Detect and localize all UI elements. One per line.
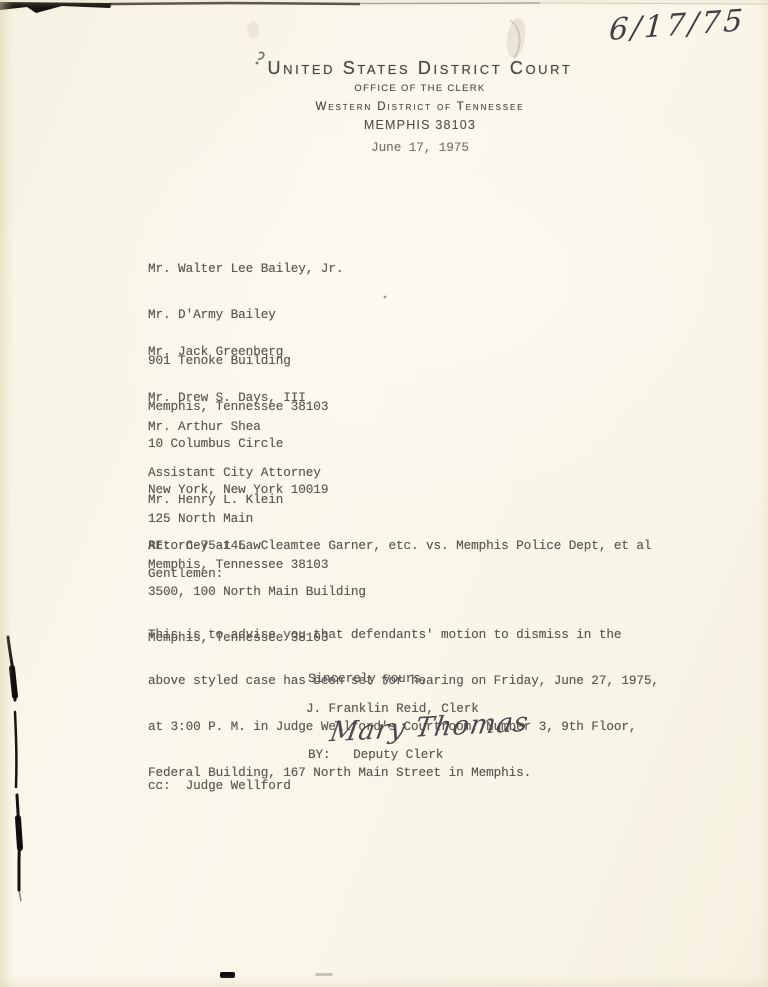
recipient-line: Mr. Jack Greenberg	[148, 344, 328, 359]
recipient-line: Mr. Arthur Shea	[148, 419, 328, 434]
letterhead-district: Western District of Tennessee	[72, 101, 768, 113]
letterhead-office: OFFICE OF THE CLERK	[72, 83, 768, 94]
letterhead-title: United States District Court	[72, 58, 768, 79]
bottom-faint-mark	[315, 973, 333, 976]
letter-date: June 17, 1975	[72, 140, 768, 155]
stray-speck	[384, 296, 387, 299]
left-crack-knot2	[18, 818, 20, 848]
recipient-line: Mr. Walter Lee Bailey, Jr.	[148, 261, 343, 276]
cc-line: cc: Judge Wellford	[148, 778, 291, 793]
salutation: Gentlemen:	[148, 566, 223, 581]
closing: Sincerely yours,	[308, 671, 428, 686]
left-crack-lower	[17, 795, 19, 890]
scanned-letter-page: 6/17/75 United States District Court OFF…	[0, 0, 768, 987]
top-edge-tear	[0, 2, 112, 13]
header-smudge-small	[247, 21, 259, 39]
by-line: BY: Deputy Clerk	[308, 747, 443, 762]
recipient-line: Mr. Henry L. Klein	[148, 492, 366, 507]
top-edge-line-faint	[360, 3, 540, 4]
left-crack-middle	[15, 712, 16, 787]
handwritten-date: 6/17/75	[608, 3, 747, 48]
top-edge-line	[110, 3, 360, 4]
header-smudge	[504, 17, 527, 59]
body-line: This is to advise you that defendants' m…	[148, 627, 659, 642]
left-crack-knot1	[12, 668, 15, 696]
header-smudge-edge	[510, 20, 520, 58]
reference-line: RE: C-75-145 Cleamtee Garner, etc. vs. M…	[148, 538, 651, 553]
left-crack-upper	[8, 637, 15, 700]
letterhead-city: MEMPHIS 38103	[72, 118, 768, 132]
bottom-ink-blob	[220, 972, 235, 978]
left-crack-tail	[19, 890, 21, 901]
